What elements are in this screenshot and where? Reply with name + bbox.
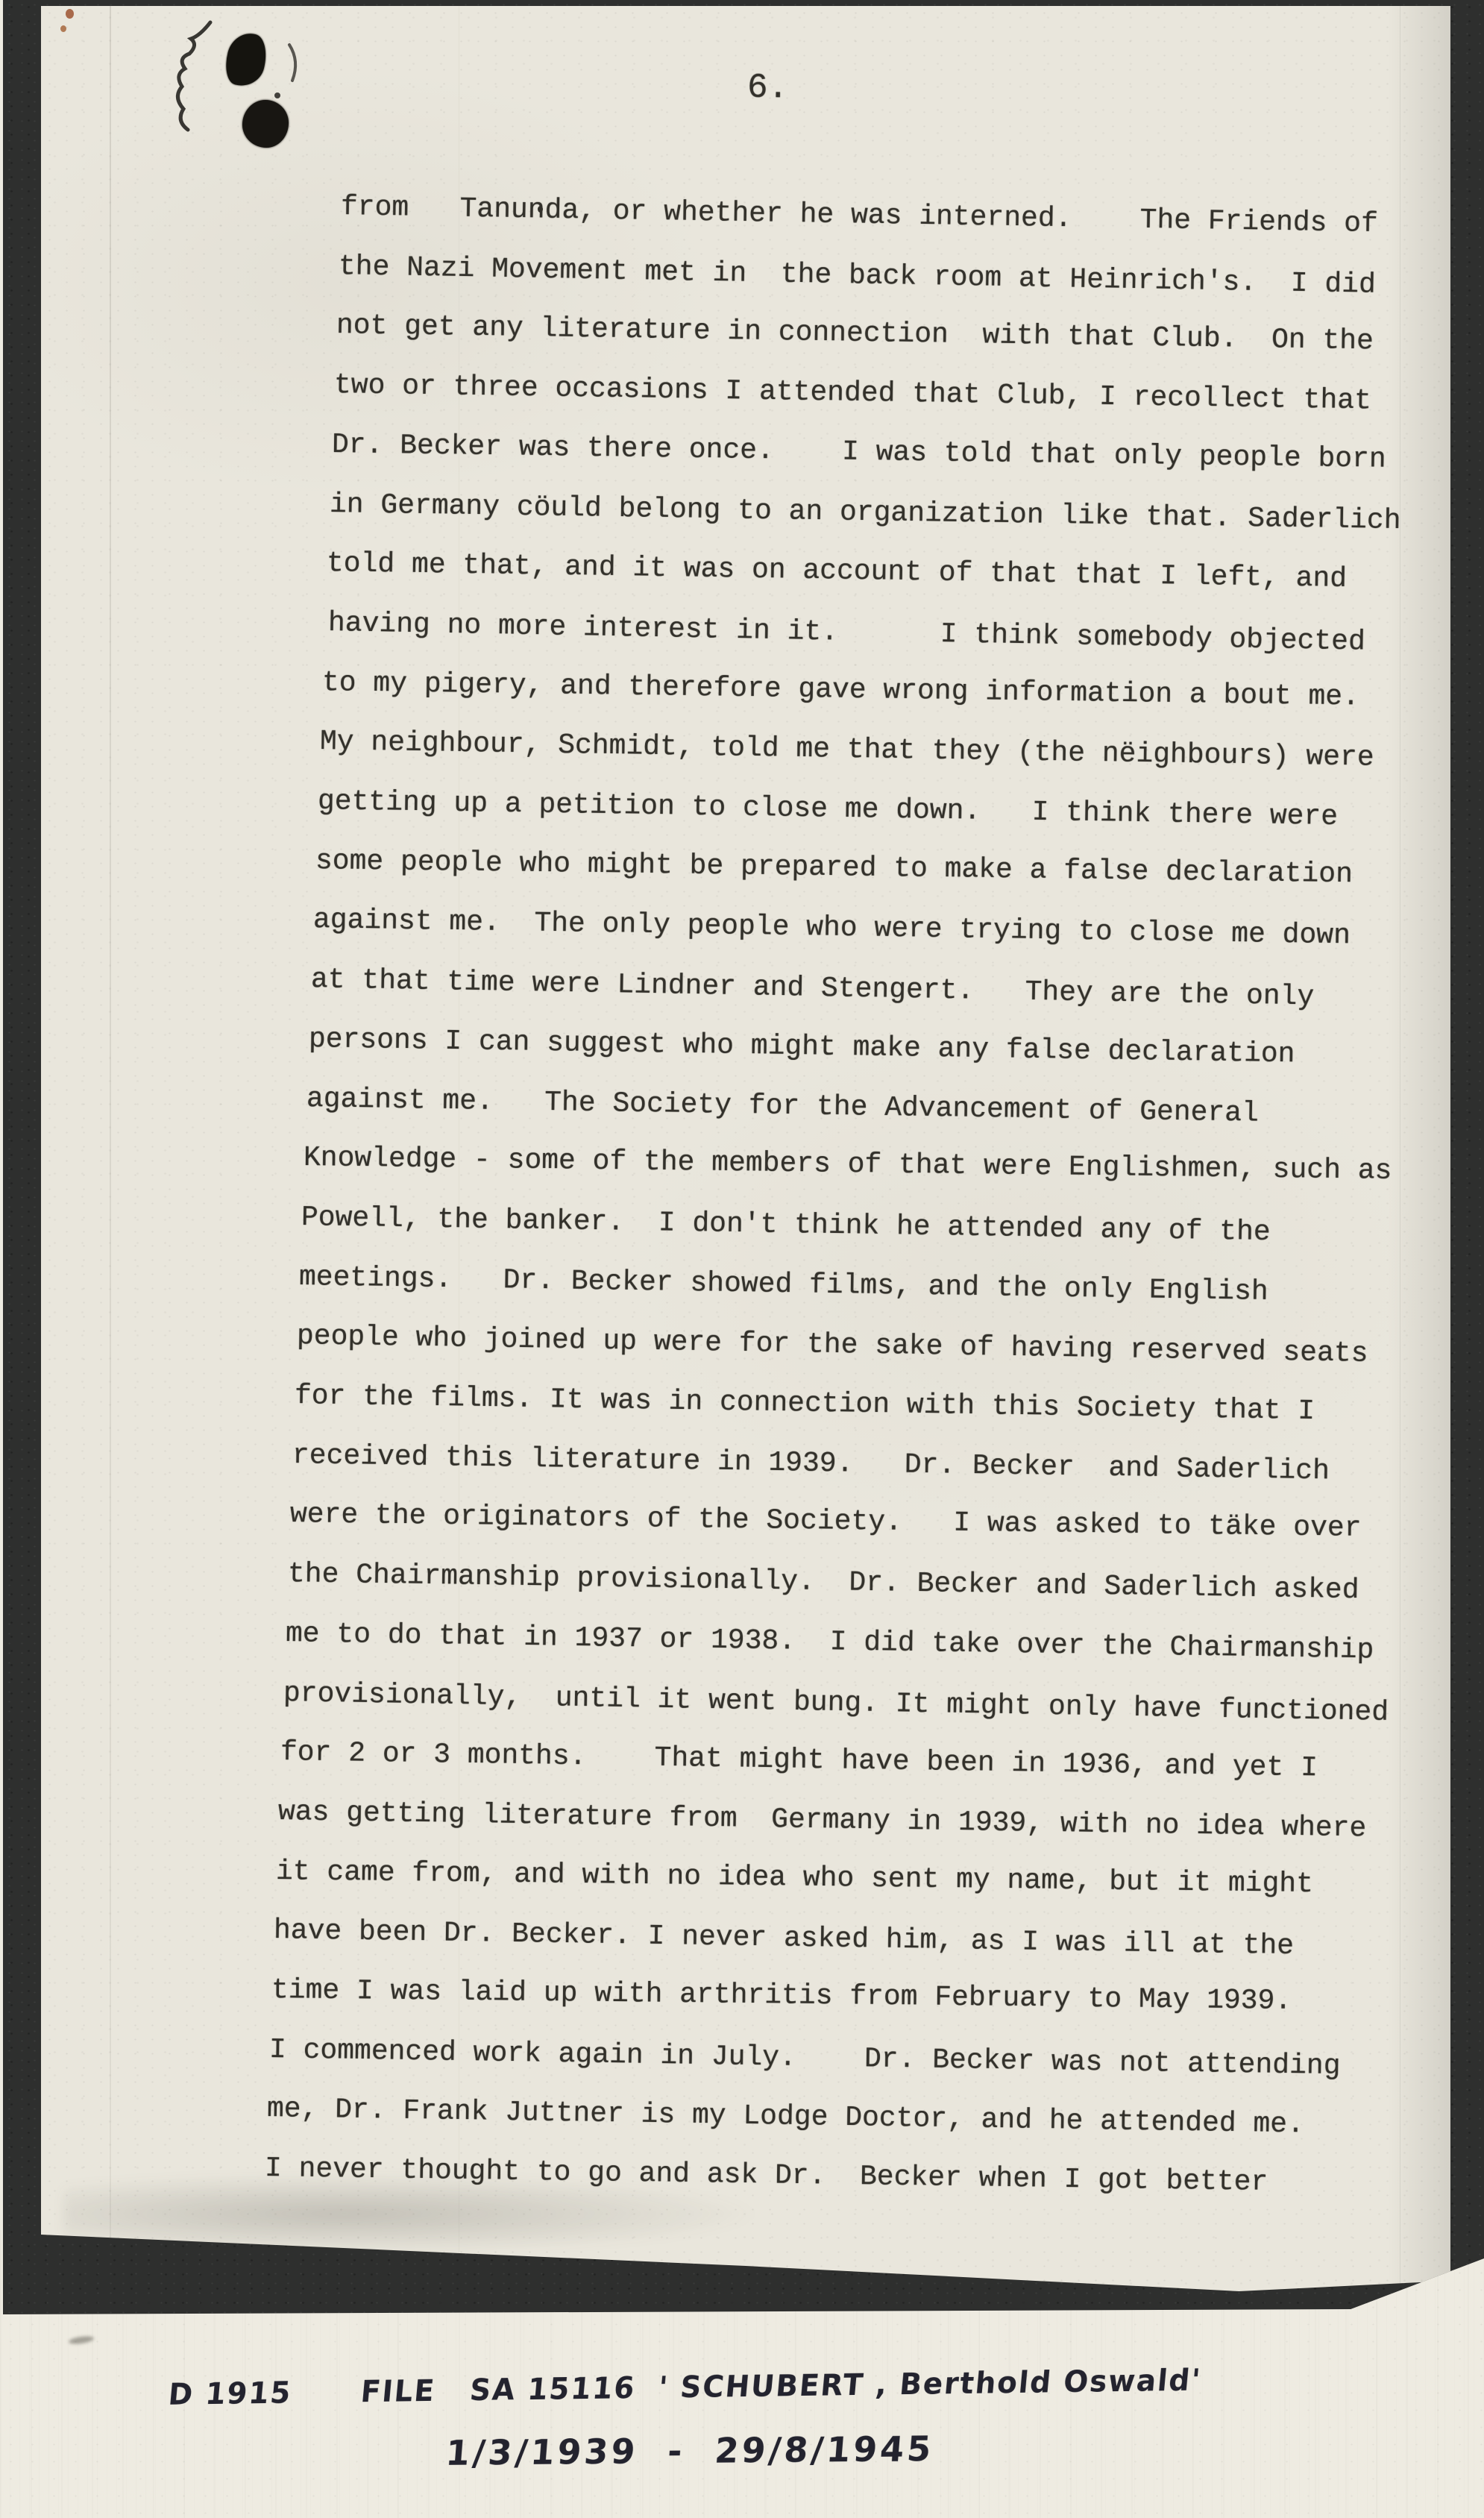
typed-line: me to do that in 1937 or 1938. I did tak… (285, 1618, 1374, 1666)
typed-line: the Chairmanship provisionally. Dr. Beck… (287, 1558, 1359, 1607)
typed-line: not get any literature in connection wit… (336, 310, 1374, 357)
typed-line: provisionally, until it went bung. It mi… (283, 1677, 1389, 1729)
crease-line (110, 6, 111, 2316)
typed-line: Dr. Becker was there once. I was told th… (331, 429, 1386, 476)
typed-line: the Nazi Movement met in the back room a… (339, 251, 1377, 301)
typed-line: against me. The only people who were try… (312, 904, 1351, 952)
typed-line: against me. The Society for the Advancem… (306, 1083, 1259, 1130)
crease-line (1400, 6, 1400, 2316)
rust-speck (66, 9, 74, 19)
typed-line: from Tanunda, or whether he was interned… (341, 191, 1379, 240)
ink-squiggle-mark (164, 15, 328, 172)
typed-line: to my pigery, and therefore gave wrong i… (322, 667, 1359, 713)
typed-line: at that time were Lindner and Stengert. … (310, 964, 1314, 1013)
typed-line: I commenced work again in July. Dr. Beck… (269, 2034, 1341, 2082)
file-reference-handwriting: D 1915 FILE SA 15116 ' SCHUBERT , Bertho… (167, 2364, 1203, 2412)
typed-line: two or three occasions I attended that C… (333, 369, 1371, 417)
typed-line: for the films. It was in connection with… (295, 1380, 1315, 1428)
typed-line: for 2 or 3 months. That might have been … (280, 1736, 1318, 1784)
typed-line: Knowledge - some of the members of that … (304, 1142, 1392, 1187)
typed-line: persons I can suggest who might make any… (308, 1023, 1295, 1070)
rust-speck (60, 25, 66, 32)
typed-line: Powell, the banker. I don't think he att… (301, 1202, 1271, 1249)
typed-line: told me that, and it was on account of t… (327, 547, 1348, 595)
typed-line: some people who might be prepared to mak… (315, 845, 1353, 891)
typed-line: time I was laid up with arthritis from F… (271, 1974, 1292, 2018)
typed-line: getting up a petition to close me down. … (318, 785, 1339, 833)
typed-line: have been Dr. Becker. I never asked him,… (274, 1915, 1295, 1962)
typed-line: people who joined up were for the sake o… (297, 1320, 1368, 1370)
date-range-handwriting: 1/3/1939 - 29/8/1945 (444, 2428, 936, 2473)
smudge-mark (69, 2335, 95, 2346)
typed-line: in Germany cöuld belong to an organizati… (329, 489, 1400, 537)
dark-frame: 6. from Tanunda, or whether he was inter… (3, 0, 1484, 2316)
typed-line: received this literature in 1939. Dr. Be… (292, 1439, 1330, 1487)
scanned-document-page: D 1915 FILE SA 15116 ' SCHUBERT , Bertho… (0, 0, 1484, 2518)
typed-line: meetings. Dr. Becker showed films, and t… (299, 1261, 1268, 1308)
typed-line: was getting literature from Germany in 1… (278, 1796, 1367, 1844)
typed-line: My neighbour, Schmidt, told me that they… (320, 726, 1374, 774)
typed-line: it came from, and with no idea who sent … (276, 1856, 1313, 1900)
typed-line: me, Dr. Frank Juttner is my Lodge Doctor… (266, 2093, 1304, 2141)
typed-line: were the originators of the Society. I w… (290, 1498, 1362, 1545)
photocopy-paper: 6. from Tanunda, or whether he was inter… (41, 6, 1450, 2316)
page-number: 6. (747, 69, 789, 108)
typed-line: having no more interest in it. I think s… (328, 607, 1366, 658)
